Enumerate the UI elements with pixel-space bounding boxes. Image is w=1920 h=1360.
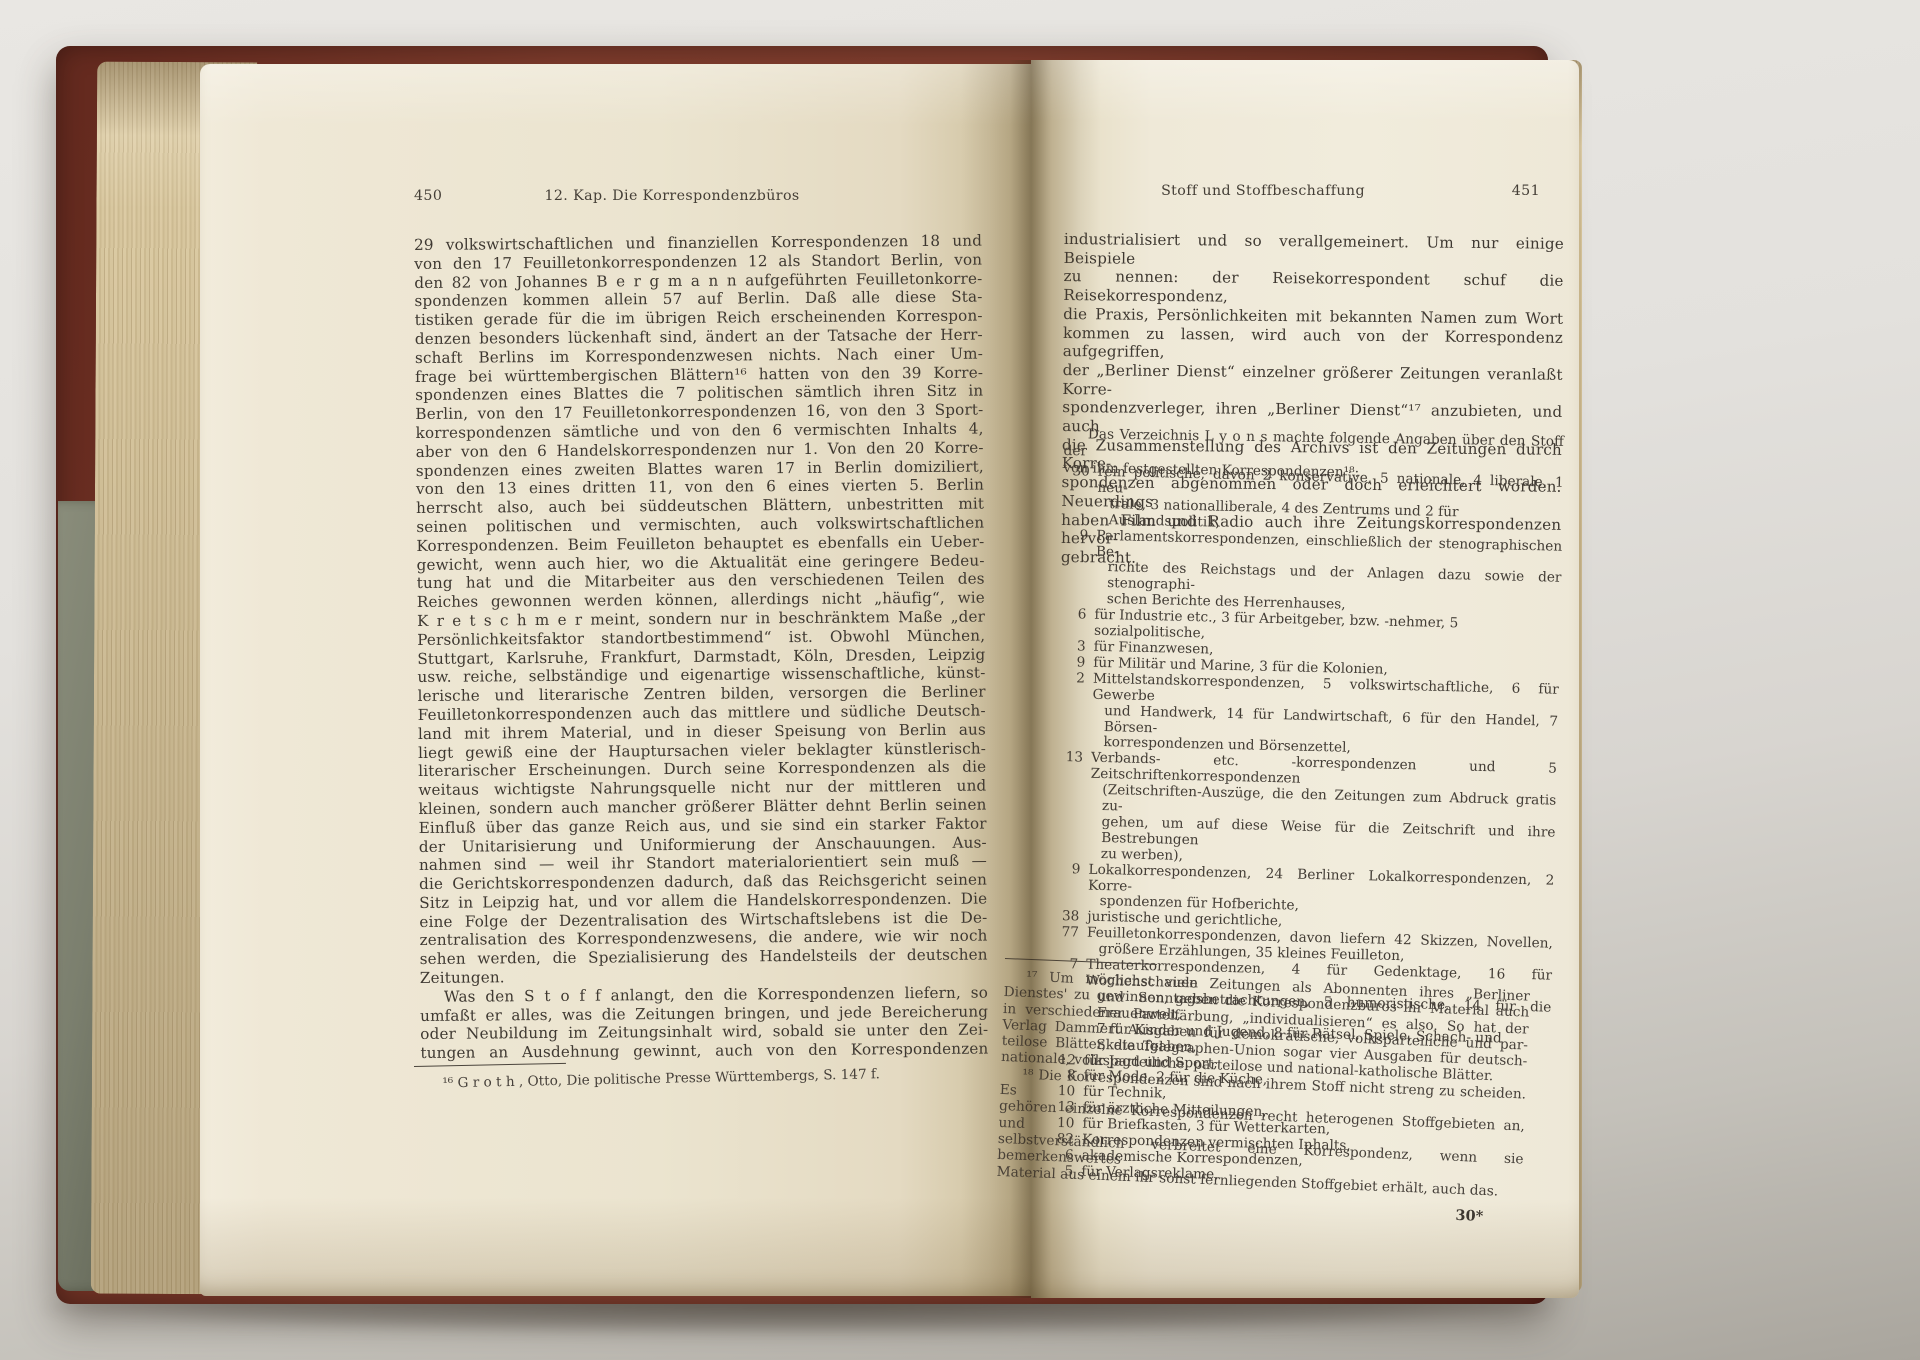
text-line: der „Berliner Dienst“ einzelner größerer…: [1062, 361, 1562, 403]
list-item-number: 6: [1060, 607, 1086, 624]
right-header-title: Stoff und Stoffbeschaffung: [1064, 183, 1542, 199]
list-item: 2Mittelstandskorrespondenzen, 5 volkswir…: [1057, 671, 1559, 762]
text-line: ¹⁶ G r o t h , Otto, Die politische Pres…: [414, 1064, 974, 1092]
footnote: ¹⁸ Die Korrespondenzen sind nach ihrem S…: [996, 1066, 1526, 1201]
left-header-title: 12. Kap. Die Korrespondenzbüros: [412, 188, 982, 204]
text-line: zu nennen: der Reisekorrespondent schuf …: [1063, 267, 1563, 309]
left-page: 450 12. Kap. Die Korrespondenzbüros 29 v…: [200, 64, 1031, 1296]
photo-backdrop: 450 12. Kap. Die Korrespondenzbüros 29 v…: [0, 0, 1920, 1360]
list-item: 13Verbands- etc. -korrespondenzen und 5 …: [1055, 750, 1557, 873]
right-page: Stoff und Stoffbeschaffung 451 industria…: [1031, 60, 1579, 1298]
right-page-number: 451: [1512, 183, 1540, 199]
list-item-number: 13: [1057, 750, 1083, 767]
list-item-number: 2: [1059, 671, 1085, 688]
list-item-number: 3: [1060, 639, 1086, 656]
left-page-body-text: 29 volkswirtschaftlichen und finanzielle…: [414, 232, 988, 1063]
text-line: kommen zu lassen, wird auch von der Korr…: [1063, 324, 1563, 366]
text-line: industrialisiert und so verallgemeinert.…: [1064, 230, 1564, 272]
list-item-number: 9: [1054, 862, 1080, 879]
footnote-rule: [414, 1063, 566, 1067]
right-running-header: Stoff und Stoffbeschaffung 451: [1064, 183, 1542, 199]
right-page-footnotes: ¹⁷ Um möglichst viele Zeitungen als Abon…: [995, 958, 1530, 1227]
list-item-number: 38: [1053, 909, 1079, 926]
left-page-number: 450: [414, 188, 442, 204]
left-running-header: 450 12. Kap. Die Korrespondenzbüros: [412, 188, 982, 204]
list-item-number: 9: [1062, 528, 1088, 545]
list-item-number: 30: [1064, 464, 1090, 481]
list-item-number: 77: [1053, 925, 1079, 942]
book: 450 12. Kap. Die Korrespondenzbüros 29 v…: [56, 46, 1548, 1304]
list-item-number: 9: [1059, 655, 1085, 672]
list-item: 9Parlamentskorrespondenzen, einschließli…: [1061, 528, 1563, 619]
